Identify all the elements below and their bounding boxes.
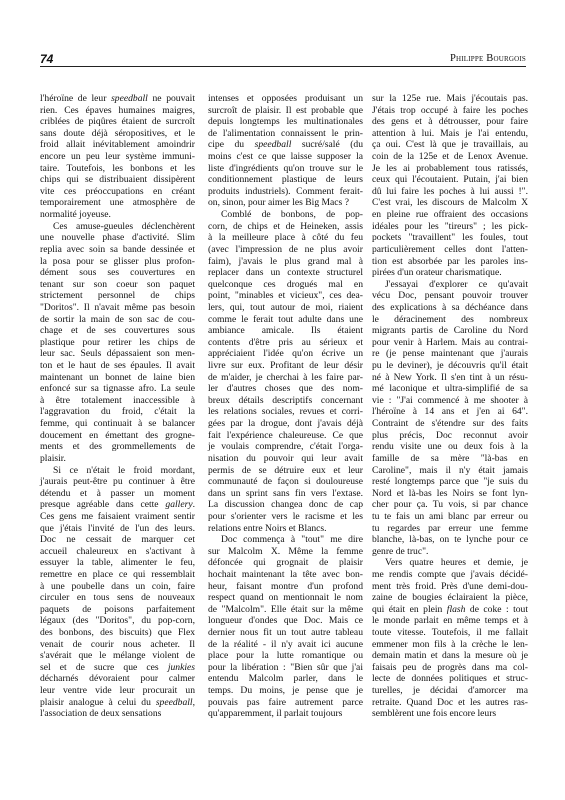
text-line: faisais peu de progrès dans ma col- [372,662,528,674]
text-line: presque agréable dans cette gallery. [40,499,195,511]
text-line: essuyer la table, alimenter le feu, [40,557,195,569]
text-line: place pour la lutte romantique ou [208,650,363,662]
text-line: idéales pour les "tireurs" ; les pick- [372,221,528,233]
text-line: semblèrent une fois encore leurs [372,708,528,720]
text-line: retraite. Quand Doc et les autres ras- [372,697,528,709]
text-line: cher pour ça. Tu vois, si par chance [372,499,528,511]
text-line: genre de truc". [372,546,528,558]
text-line: tenant sur son coeur son paquet [40,279,195,291]
text-line: chips qui se distribuaient dissipèrent [40,174,195,186]
text-line: à une poubelle dans un coin, faire [40,581,195,593]
text-line: qui était en plein flash de coke : tout [372,604,528,616]
text-line: froid allait inévitablement amoindrir [40,139,195,151]
text-line: plaisir analogue à celui du speedball, [40,697,195,709]
text-line: qu'apparemment, il parlait toujours [208,708,363,720]
text-line: turelles, je décidai d'amorcer ma [372,685,528,697]
text-line: resté longtemps parce que "je suis du [372,476,528,488]
text-line: quelconque ces drogués mal en [208,279,363,291]
text-line: blanche, là-bas, on te lynche pour ce [372,534,528,546]
text-line: le déracinement des nombreux [372,314,528,326]
text-line: gées par la drogue, dont j'avais déjà [208,418,363,430]
text-line: comme le ferait tout adulte dans une [208,314,363,326]
text-line: détendu et à passer un moment [40,488,195,500]
text-line: plaisir. [40,453,195,465]
text-line: entendu Malcolm parler, dans le [208,673,363,685]
text-line: Caroline", mais il n'y était jamais [372,465,528,477]
paragraph: sur la 125e rue. Mais j'écoutais pas.J'é… [372,93,528,279]
text-line: rien. Ces épaves humaines maigres, [40,105,195,117]
text-line: nisation du pouvoir qui leur avait [208,453,363,465]
text-line: le monde parlait en même temps et à [372,615,528,627]
text-line: Vers quatre heures et demie, je [372,557,528,569]
text-line: pour s'orienter vers le racisme et les [208,511,363,523]
text-line: replacer dans un contexte structurel [208,267,363,279]
text-line: corn, de chips et de Heineken, assis [208,221,363,233]
text-line: accueil chaleureux en s'activant à [40,546,195,558]
text-line: fait l'expérience chaleureuse. Ce que [208,430,363,442]
text-line: à la meilleure place à côté du feu [208,232,363,244]
text-line: particulièrement celles dont l'atten- [372,244,528,256]
text-line: né à New York. Il s'en tint à un résu- [372,372,528,384]
text-line: Doc commença à "tout" me dire [208,534,363,546]
text-line: dans un sprint sans fin vers l'extase. [208,488,363,500]
text-line: pirées d'un orateur charismatique. [372,267,528,279]
text-line: l'héroïne de leur speedball ne pouvait [40,93,195,105]
text-line: pouvais pas faire autrement parce [208,697,363,709]
text-line: tion est absorbée par les paroles ins- [372,256,528,268]
text-line: normalité joyeuse. [40,209,195,221]
text-line: je voulais comprendre, c'était l'orga- [208,441,363,453]
text-line: replia avec soin sa bande dessinée et [40,244,195,256]
book-page: 74 Philippe Bourgois l'héroïne de leur s… [0,0,565,800]
text-line: ton et le haut de ses épaules. Il avait [40,360,195,372]
text-line: pour venir à Harlem. Mais au contrai- [372,337,528,349]
text-line: s'avérait que le mélange violent de [40,650,195,662]
text-line: Si ce n'était le froid mordant, [40,465,195,477]
text-line: liste d'ingrédients qu'on trouve sur le [208,163,363,175]
text-line: migrants partis de Caroline du Nord [372,325,528,337]
text-line: intenses et opposées produisant un [208,93,363,105]
text-line: "Doritos". Il n'avait même pas besoin [40,302,195,314]
text-line: ment très froid. Près d'une demi-dou- [372,581,528,593]
text-line: lecte de données politiques et struc- [372,673,528,685]
text-line: sur Malcolm X. Même la femme [208,546,363,558]
text-line: plastique pour retirer les chips de [40,337,195,349]
text-line: Je les ai probablement tous ratissés, [372,163,528,175]
paragraph: l'héroïne de leur speedball ne pouvaitri… [40,93,195,221]
text-line: vécu Doc, pensant pouvoir trouver [372,290,528,302]
text-line: l'association de deux sensations [40,708,195,720]
text-line: me rendis compte que j'avais décidé- [372,569,528,581]
text-line: légaux (des "Doritos", du pop-corn, [40,615,195,627]
text-line: de sortir la main de son sac de cou- [40,314,195,326]
text-line: strictement personnel de chips [40,290,195,302]
paragraph: J'essayai d'explorer ce qu'avaitvécu Doc… [372,279,528,558]
text-line: Ces gens me faisaient vraiment sentir [40,511,195,523]
text-line: temps. Du moins, je pense que je [208,685,363,697]
text-line: lers, qui, tout autour de moi, riaient [208,302,363,314]
text-line: la posa pour se glisser plus profon- [40,256,195,268]
paragraph: Doc commença à "tout" me diresur Malcolm… [208,534,363,720]
text-line: temporairement une atmosphère de [40,197,195,209]
text-line: sel et de sucre que ces junkies [40,662,195,674]
text-line: surcroît de plaisir. Il est probable que [208,105,363,117]
text-line: breux détails descriptifs concernant [208,395,363,407]
text-line: circuler en tous sens de nouveaux [40,592,195,604]
text-line: défoncée qui grognait de plaisir [208,557,363,569]
text-line: on, sinon, pour aimer les Big Macs ? [208,197,363,209]
text-line: j'aurais peut-être pu continuer à être [40,476,195,488]
text-line: plus précis, Doc reconnut avoir [372,430,528,442]
text-line: contents d'être pris au sérieux et [208,337,363,349]
text-line: femme, qui continuait à se balancer [40,418,195,430]
text-line: en pleine rue offraient des occasions [372,209,528,221]
text-line: famille de sa mère "là-bas en [372,453,528,465]
paragraph: Comblé de bonbons, de pop-corn, de chips… [208,209,363,534]
text-line: moins c'est ce que laisse supposer la [208,151,363,163]
text-line: tu regardes par erreur une femme [372,523,528,535]
paragraph: Vers quatre heures et demie, jeme rendis… [372,557,528,720]
text-line: longueur d'ondes que Doc. Mais ce [208,615,363,627]
text-line: leur sac. Seuls dépassaient son men- [40,348,195,360]
text-line: pu le deviner), je découvris qu'il était [372,360,528,372]
text-line: Nord et là-bas les Noirs se font lyn- [372,488,528,500]
text-line: toute vitesse. Toutefois, il me fallait [372,627,528,639]
text-line: J'essayai d'explorer ce qu'avait [372,279,528,291]
text-line: ceux qui l'écoutaient. Putain, j'ai bien [372,174,528,186]
text-line: appréciaient l'idée qu'on écrive un [208,348,363,360]
text-line: à être totalement inaccessible à [40,395,195,407]
text-line: remettre en place ce qui ressemblait [40,569,195,581]
paragraph: Si ce n'était le froid mordant,j'aurais … [40,465,195,720]
text-line: hochait maintenant la tête avec bon- [208,569,363,581]
text-line: dernier nous fit un tout autre tableau [208,627,363,639]
text-line: Comblé de bonbons, de pop- [208,209,363,221]
paragraph: intenses et opposées produisant unsurcro… [208,93,363,209]
text-line: permis de se détruire eux et leur [208,465,363,477]
text-line: J'étais trop occupé à faire les poches [372,105,528,117]
text-line: ça oui. C'est là que je travaillais, au [372,139,528,151]
page-number: 74 [40,52,53,66]
text-line: criblées de piqûres étaient de surcroît [40,116,195,128]
text-line: taire. Toutefois, les bonbons et les [40,163,195,175]
text-line: vie : "J'ai commencé à me shooter à [372,395,528,407]
text-line: dû lui faire les poches à lui aussi !". [372,186,528,198]
text-line: décharnés dévoraient pour calmer [40,673,195,685]
text-line: conditionnement plastique de leurs [208,174,363,186]
text-line: sans doute déjà séropositives, et le [40,128,195,140]
header-rule [40,66,526,67]
text-line: coin de la 125e et de Lenox Avenue. [372,151,528,163]
text-line: emmener mon fils à la crèche le len- [372,639,528,651]
text-line: Contraint de s'étendre sur des faits [372,418,528,430]
text-line: relations entre Noirs et Blancs. [208,523,363,535]
text-line: pockets "travaillent" les foules, tout [372,232,528,244]
text-line: mé laconique et ultra-simplifié de sa [372,383,528,395]
text-line: demain matin et dans la mesure où je [372,650,528,662]
text-line: dément sous ses couvertures en [40,267,195,279]
text-line: produits industriels). Comment ferait- [208,186,363,198]
text-line: ler d'autres choses que des nom- [208,383,363,395]
text-line: faim), j'avais le plus grand mal à [208,256,363,268]
text-line: livre sur eux. Profitant de leur désir [208,360,363,372]
text-line: enfoncé sur sa tignasse afro. La seule [40,383,195,395]
text-column-right: sur la 125e rue. Mais j'écoutais pas.J'é… [372,93,528,720]
text-line: des gens et à détrousser, pour faire [372,116,528,128]
text-line: des bonbons, des biscuits) que Flex [40,627,195,639]
text-line: leur ventre vide leur procurait un [40,685,195,697]
text-line: cipe du speedball sucré/salé (du [208,139,363,151]
text-line: vite ces préoccupations en créant [40,186,195,198]
text-line: doucement en émettant des grogne- [40,430,195,442]
text-line: tu te fais un ami blanc par erreur ou [372,511,528,523]
text-line: Ces amuse-gueules déclenchèrent [40,221,195,233]
text-line: pour la libération : "Bien sûr que j'ai [208,662,363,674]
text-line: re (je pense maintenant que j'aurais [372,348,528,360]
text-line: l'aggravation du froid, c'était la [40,406,195,418]
page-header: 74 Philippe Bourgois [40,52,526,66]
text-line: ments et des grommellements de [40,441,195,453]
text-line: depuis longtemps les multinationales [208,116,363,128]
text-column-left: l'héroïne de leur speedball ne pouvaitri… [40,93,195,720]
text-line: (avec l'impression de ne plus avoir [208,244,363,256]
text-line: La discussion changea donc de cap [208,499,363,511]
text-line: C'est vrai, les discours de Malcolm X [372,197,528,209]
text-line: une nouvelle phase d'activité. Slim [40,232,195,244]
text-line: l'héroïne à 14 ans et j'en ai 64". [372,406,528,418]
text-line: maintenant un bonnet de laine bien [40,372,195,384]
text-line: attention à lui. Mais je l'ai entendu, [372,128,528,140]
text-line: de "Malcolm". Elle était sur la même [208,604,363,616]
text-line: que j'étais l'invité de l'un des leurs. [40,523,195,535]
text-column-middle: intenses et opposées produisant unsurcro… [208,93,363,720]
text-line: communauté de façon si douloureuse [208,476,363,488]
text-line: point, "minables et vicieux", ces dea- [208,290,363,302]
text-line: Doc ne cessait de marquer cet [40,534,195,546]
text-line: heur, faisant montre d'un profond [208,581,363,593]
text-line: les relations sociales, revues et corri- [208,406,363,418]
text-line: ambiance amicale. Ils étaient [208,325,363,337]
text-line: rendu visite une ou deux fois à la [372,441,528,453]
text-line: paquets de poisons parfaitement [40,604,195,616]
text-line: encore un peu leur système immuni- [40,151,195,163]
text-line: venait de courir nous acheter. Il [40,639,195,651]
text-line: des explications à sa déchéance dans [372,302,528,314]
text-line: de m'aider, je cherchai à les faire par- [208,372,363,384]
text-line: sur la 125e rue. Mais j'écoutais pas. [372,93,528,105]
text-line: zaine de bougies éclairaient la pièce, [372,592,528,604]
text-line: respect quand on mentionnait le nom [208,592,363,604]
running-head-author: Philippe Bourgois [450,53,526,64]
text-line: chage et de ses couvertures sous [40,325,195,337]
text-line: de la réalité - il n'y avait ici aucune [208,639,363,651]
text-line: de l'alimentation connaissent le prin- [208,128,363,140]
paragraph: Ces amuse-gueules déclenchèrentune nouve… [40,221,195,465]
